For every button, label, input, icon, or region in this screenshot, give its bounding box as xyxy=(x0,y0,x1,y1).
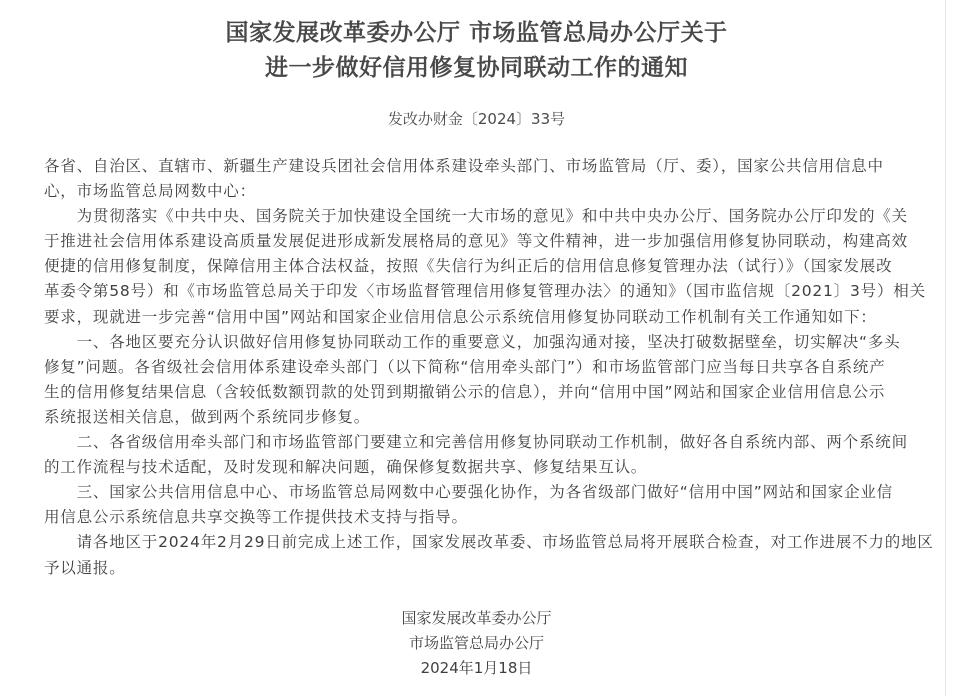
document-title-line-2: 进一步做好信用修复协同联动工作的通知 xyxy=(0,49,953,82)
body-line-intro: 于推进社会信用体系建设高质量发展促进形成新发展格局的意见》等文件精神，进一步加强… xyxy=(44,229,914,254)
body-line-item-2: 二、各省级信用牵头部门和市场监管部门要建立和完善信用修复协同联动工作机制，做好各… xyxy=(44,430,914,455)
body-line-deadline: 请各地区于2024年2月29日前完成上述工作，国家发展改革委、市场监管总局将开展… xyxy=(44,530,914,555)
body-line-item-2: 的工作流程与技术适配，及时发现和解决问题，确保修复数据共享、修复结果互认。 xyxy=(44,455,914,480)
document-number: 发改办财金〔2024〕33号 xyxy=(0,108,953,129)
body-line-item-1: 生的信用修复结果信息（含较低数额罚款的处罚到期撤销公示的信息），并向“信用中国”… xyxy=(44,380,914,405)
body-line-addressee: 各省、自治区、直辖市、新疆生产建设兵团社会信用体系建设牵头部门、市场监管局（厅、… xyxy=(44,154,914,179)
body-line-intro: 便捷的信用修复制度，保障信用主体合法权益，按照《失信行为纠正后的信用信息修复管理… xyxy=(44,254,914,279)
signature-block: 国家发展改革委办公厅 市场监管总局办公厅 2024年1月18日 xyxy=(0,606,953,681)
body-line-intro: 要求，现就进一步完善“信用中国”网站和国家企业信用信息公示系统信用修复协同联动工… xyxy=(44,305,914,330)
body-line-item-1: 一、各地区要充分认识做好信用修复协同联动工作的重要意义，加强沟通对接，坚决打破数… xyxy=(44,330,914,355)
document-title-line-1: 国家发展改革委办公厅 市场监管总局办公厅关于 xyxy=(0,14,953,47)
signature-date: 2024年1月18日 xyxy=(0,656,953,681)
document-body: 各省、自治区、直辖市、新疆生产建设兵团社会信用体系建设牵头部门、市场监管局（厅、… xyxy=(44,154,914,581)
signature-issuer-samr: 市场监管总局办公厅 xyxy=(0,631,953,656)
body-line-addressee-cont: 心，市场监管总局网数中心： xyxy=(44,179,914,204)
body-line-item-1: 系统报送相关信息，做到两个系统同步修复。 xyxy=(44,405,914,430)
body-line-item-3: 三、国家公共信用信息中心、市场监管总局网数中心要强化协作，为各省级部门做好“信用… xyxy=(44,480,914,505)
body-line-item-3: 用信息公示系统信息共享交换等工作提供技术支持与指导。 xyxy=(44,505,914,530)
body-line-deadline: 予以通报。 xyxy=(44,556,914,581)
page-right-border xyxy=(945,0,946,696)
body-line-item-1: 修复”问题。各省级社会信用体系建设牵头部门（以下简称“信用牵头部门”）和市场监管… xyxy=(44,355,914,380)
body-line-intro: 为贯彻落实《中共中央、国务院关于加快建设全国统一大市场的意见》和中共中央办公厅、… xyxy=(44,204,914,229)
body-line-intro: 革委令第58号）和《市场监管总局关于印发〈市场监督管理信用修复管理办法〉的通知》… xyxy=(44,279,914,304)
signature-issuer-ndrc: 国家发展改革委办公厅 xyxy=(0,606,953,631)
